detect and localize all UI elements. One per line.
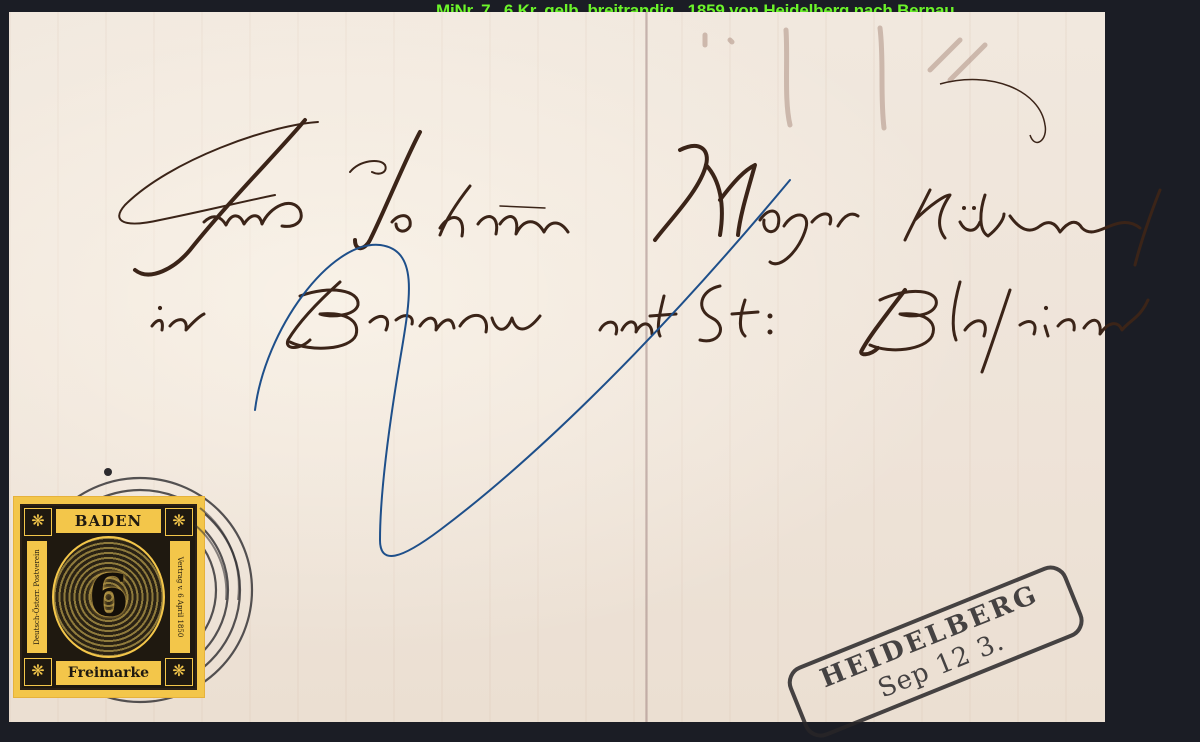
stamp-left-panel: Deutsch-Österr. Postverein <box>26 540 48 654</box>
corner-ornament-icon: ❋ <box>165 658 193 686</box>
stamp-left-text: Deutsch-Österr. Postverein <box>33 549 41 645</box>
manuscript-rate-marking <box>255 180 790 556</box>
postage-stamp: ❋ ❋ ❋ ❋ BADEN Deutsch-Österr. Postverein… <box>14 497 204 697</box>
stamp-value-numeral: 6 <box>54 562 163 630</box>
stamp-bottom-label: Freimarke <box>56 661 161 685</box>
corner-ornament-icon: ❋ <box>24 658 52 686</box>
stamp-right-panel: Vertrag v. 6 April 1850 <box>169 540 191 654</box>
stamp-country-label: BADEN <box>56 509 161 533</box>
corner-ornament-icon: ❋ <box>165 508 193 536</box>
stamp-value-circle: 6 <box>52 536 165 658</box>
corner-ornament-icon: ❋ <box>24 508 52 536</box>
stamp-right-text: Vertrag v. 6 April 1850 <box>176 557 184 638</box>
